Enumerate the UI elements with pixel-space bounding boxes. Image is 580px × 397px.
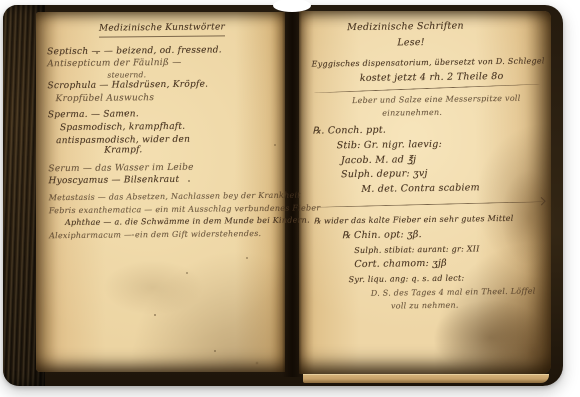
right-page-heading: Medizinische Schriften — [347, 20, 464, 37]
glossary-line: Kropfübel Auswuchs — [56, 91, 280, 106]
glossary-line: steuernd. — [107, 69, 279, 80]
open-book: Medizinische Kunstwörter Septisch — — be… — [3, 5, 563, 386]
note-line: einzunehmen. — [382, 106, 544, 118]
page-stack-bottom-edge — [303, 374, 549, 383]
glossary-line: Alexipharmacum — ein dem Gift widerstehe… — [49, 227, 281, 242]
recipe-line: M. det. Contra scabiem — [361, 180, 545, 197]
section-rule — [314, 202, 544, 209]
right-page-subheading: Lese! — [397, 36, 425, 51]
left-page-text: Medizinische Kunstwörter Septisch — — be… — [47, 21, 281, 243]
left-page-heading: Medizinische Kunstwörter — [99, 21, 225, 37]
right-page-text: Medizinische Schriften Lese! Eyggisches … — [311, 18, 547, 312]
glossary-line: Serum — das Wasser im Leibe — [48, 161, 280, 176]
glossary-line: Hyoscyamus — Bilsenkraut — [48, 173, 280, 188]
glossary-line: Febris exanthematica — ein mit Ausschlag… — [49, 202, 281, 217]
manuscript-photo: Medizinische Kunstwörter Septisch — — be… — [0, 0, 580, 397]
glossary-line: Krampf. — [104, 145, 280, 156]
